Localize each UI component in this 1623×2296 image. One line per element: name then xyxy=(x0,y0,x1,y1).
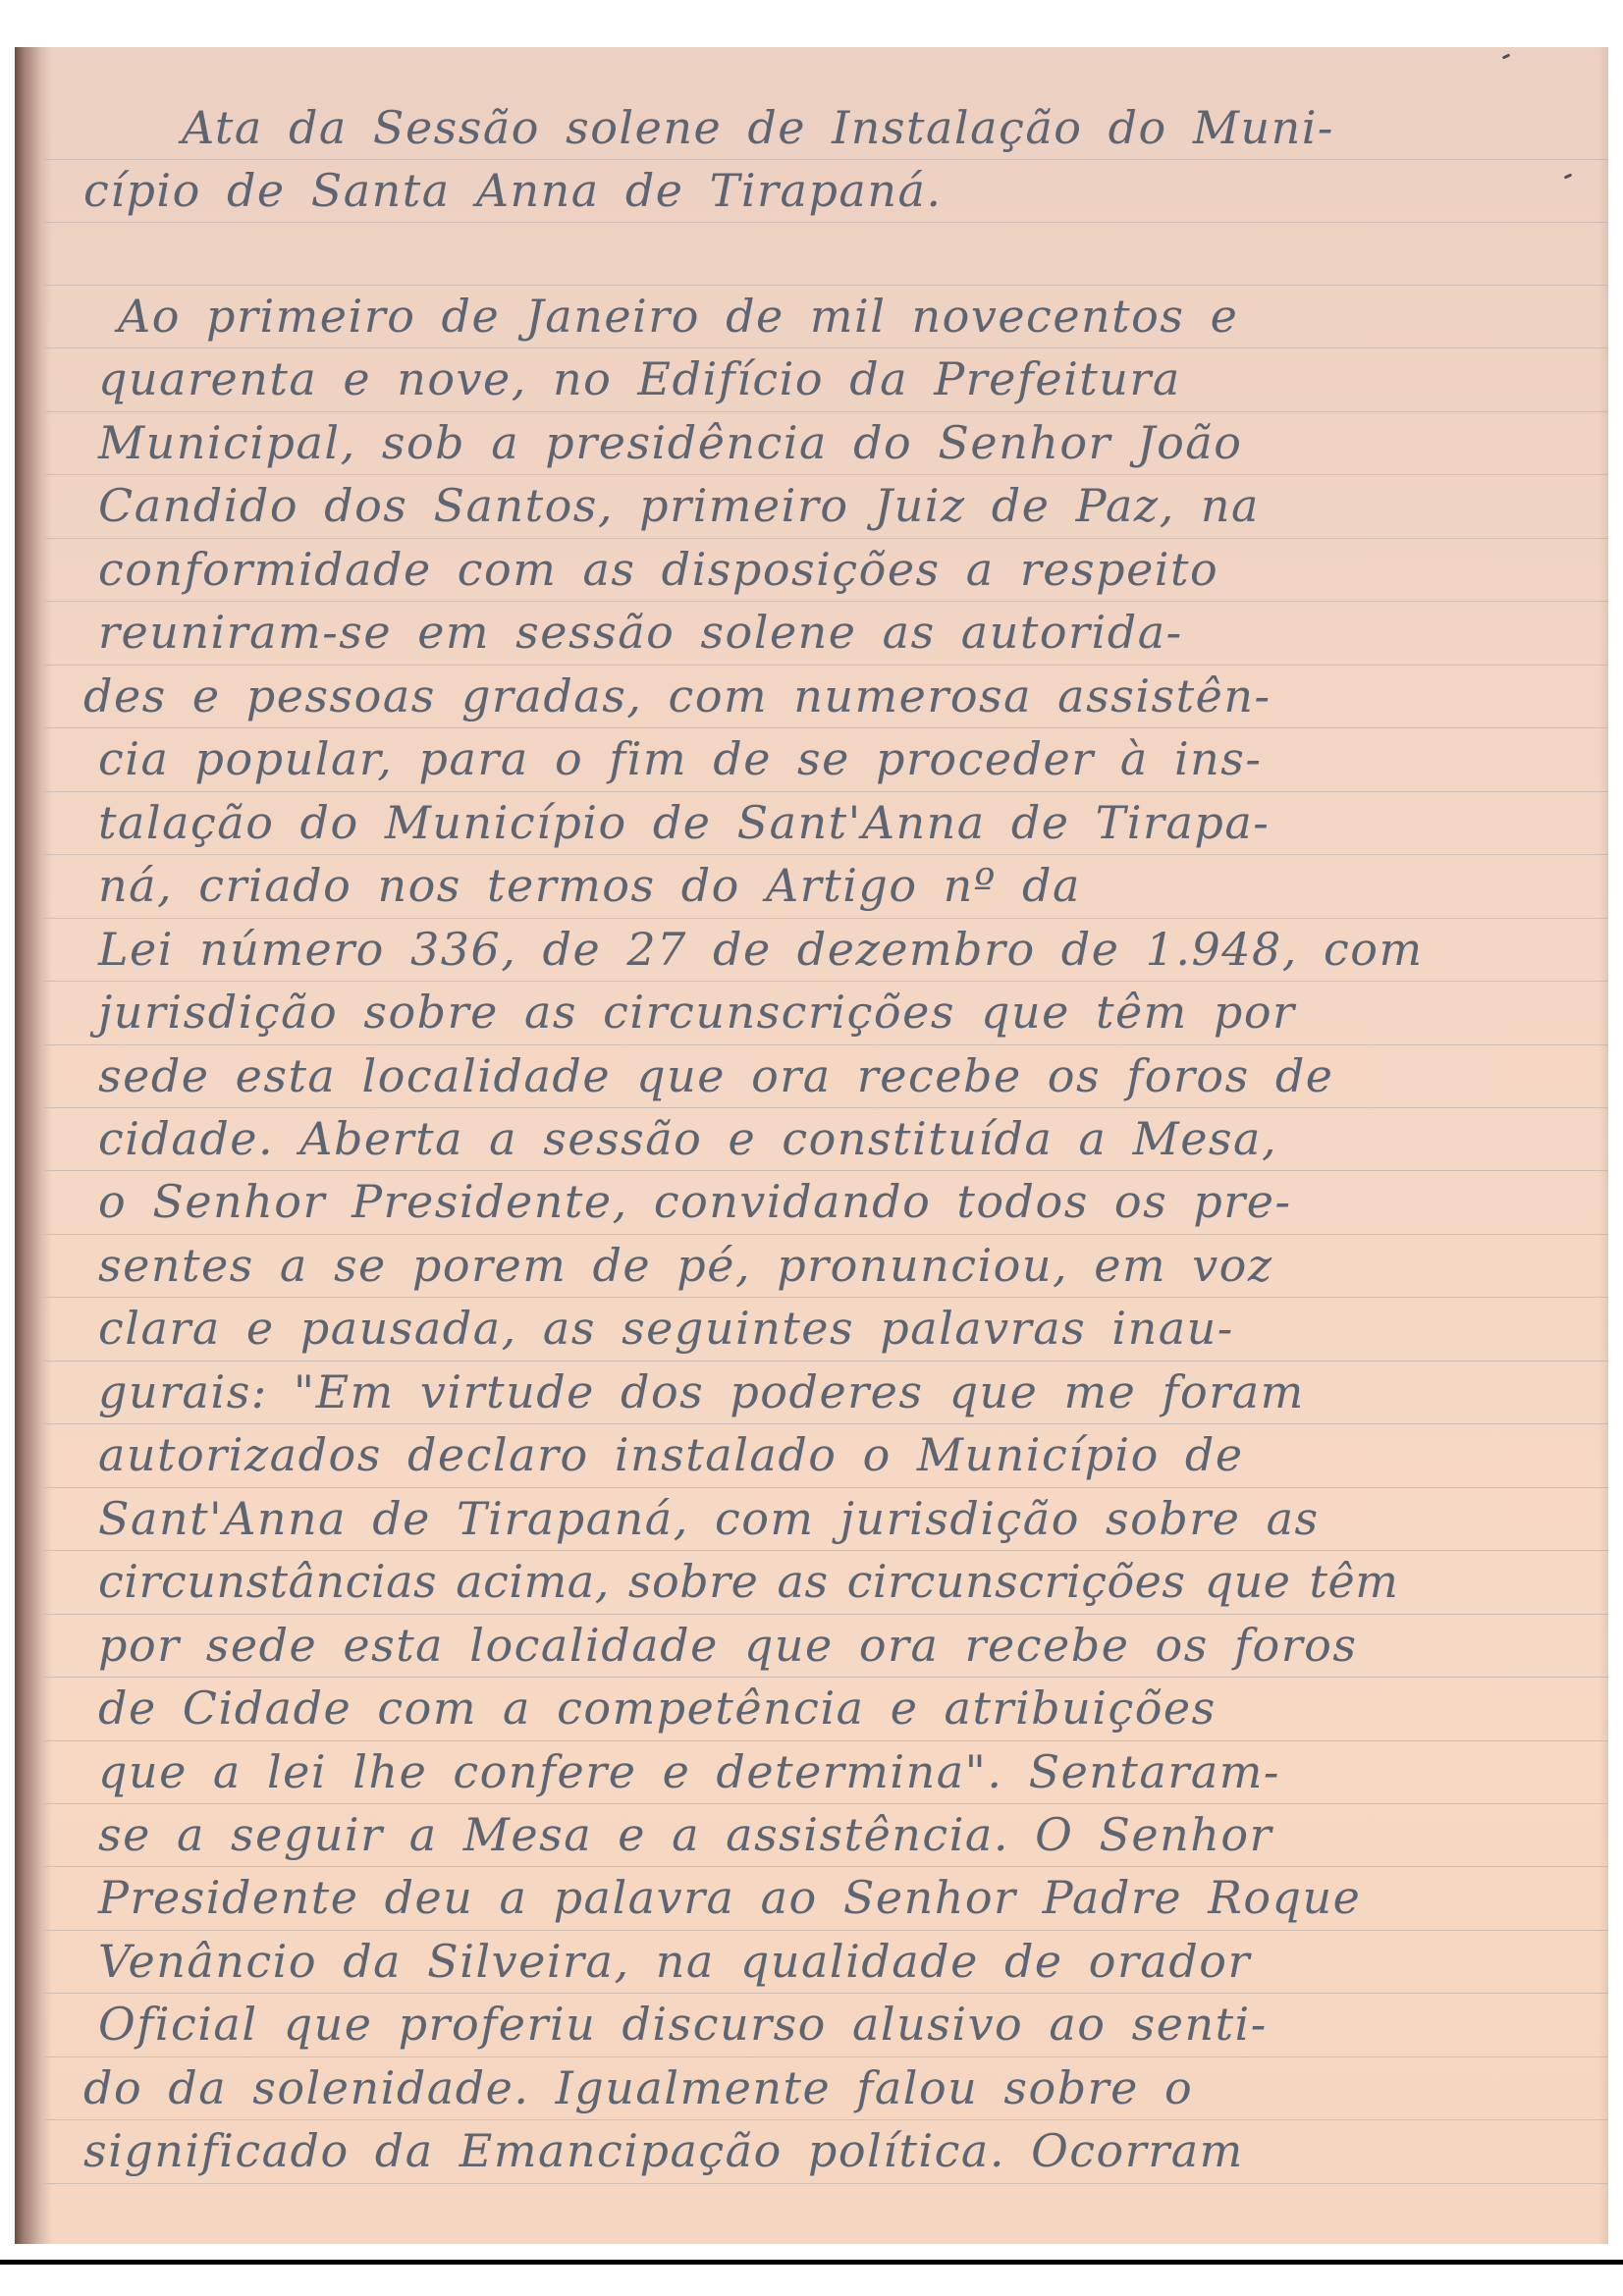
body-line: significado da Emancipação política. Oco… xyxy=(83,2119,1589,2182)
body-line: Oficial que proferiu discurso alusivo ao… xyxy=(98,1993,1589,2056)
body-line: autorizados declaro instalado o Municípi… xyxy=(98,1423,1589,1486)
body-line: sede esta localidade que ora recebe os f… xyxy=(98,1044,1589,1107)
body-line: Lei número 336, de 27 de dezembro de 1.9… xyxy=(98,918,1589,981)
ruled-line xyxy=(44,2183,1608,2184)
body-line: Venâncio da Silveira, na qualidade de or… xyxy=(98,1930,1589,1993)
body-line: reuniram-se em sessão solene as autorida… xyxy=(98,601,1589,664)
title-line-2: cípio de Santa Anna de Tirapaná. xyxy=(83,159,1589,222)
body-line: Candido dos Santos, primeiro Juiz de Paz… xyxy=(98,474,1589,537)
body-line: se a seguir a Mesa e a assistência. O Se… xyxy=(98,1803,1589,1866)
body-line: de Cidade com a competência e atribuiçõe… xyxy=(98,1677,1589,1739)
body-line: des e pessoas gradas, com numerosa assis… xyxy=(83,665,1589,727)
body-line: jurisdição sobre as circunscrições que t… xyxy=(98,981,1589,1043)
body-line: Sant'Anna de Tirapaná, com jurisdição so… xyxy=(98,1487,1589,1550)
scan-border-line xyxy=(0,2260,1623,2265)
body-line: ná, criado nos termos do Artigo nº da xyxy=(98,854,1589,917)
body-line: circunstâncias acima, sobre as circunscr… xyxy=(98,1550,1589,1613)
body-line: do da solenidade. Igualmente falou sobre… xyxy=(83,2056,1589,2119)
notebook-page: Ata da Sessão solene de Instalação do Mu… xyxy=(15,47,1608,2244)
body-line: o Senhor Presidente, convidando todos os… xyxy=(98,1170,1589,1233)
ruled-line xyxy=(44,222,1608,223)
body-line: que a lei lhe confere e determina". Sent… xyxy=(98,1740,1589,1803)
body-line: por sede esta localidade que ora recebe … xyxy=(98,1614,1589,1677)
body-line: gurais: "Em virtude dos poderes que me f… xyxy=(98,1361,1589,1423)
body-line: conformidade com as disposições a respei… xyxy=(98,538,1589,601)
body-line: clara e pausada, as seguintes palavras i… xyxy=(98,1297,1589,1360)
body-line: Ao primeiro de Janeiro de mil novecentos… xyxy=(118,285,1589,347)
title-line-1: Ata da Sessão solene de Instalação do Mu… xyxy=(182,96,1589,159)
body-line: sentes a se porem de pé, pronunciou, em … xyxy=(98,1234,1589,1297)
body-line: Presidente deu a palavra ao Senhor Padre… xyxy=(98,1866,1589,1929)
body-line: Municipal, sob a presidência do Senhor J… xyxy=(98,411,1589,474)
body-line: talação do Município de Sant'Anna de Tir… xyxy=(98,791,1589,854)
body-line: cia popular, para o fim de se proceder à… xyxy=(98,727,1589,790)
ink-mark xyxy=(1502,53,1511,59)
body-line: quarenta e nove, no Edifício da Prefeitu… xyxy=(98,347,1589,410)
body-line: cidade. Aberta a sessão e constituída a … xyxy=(98,1107,1589,1170)
